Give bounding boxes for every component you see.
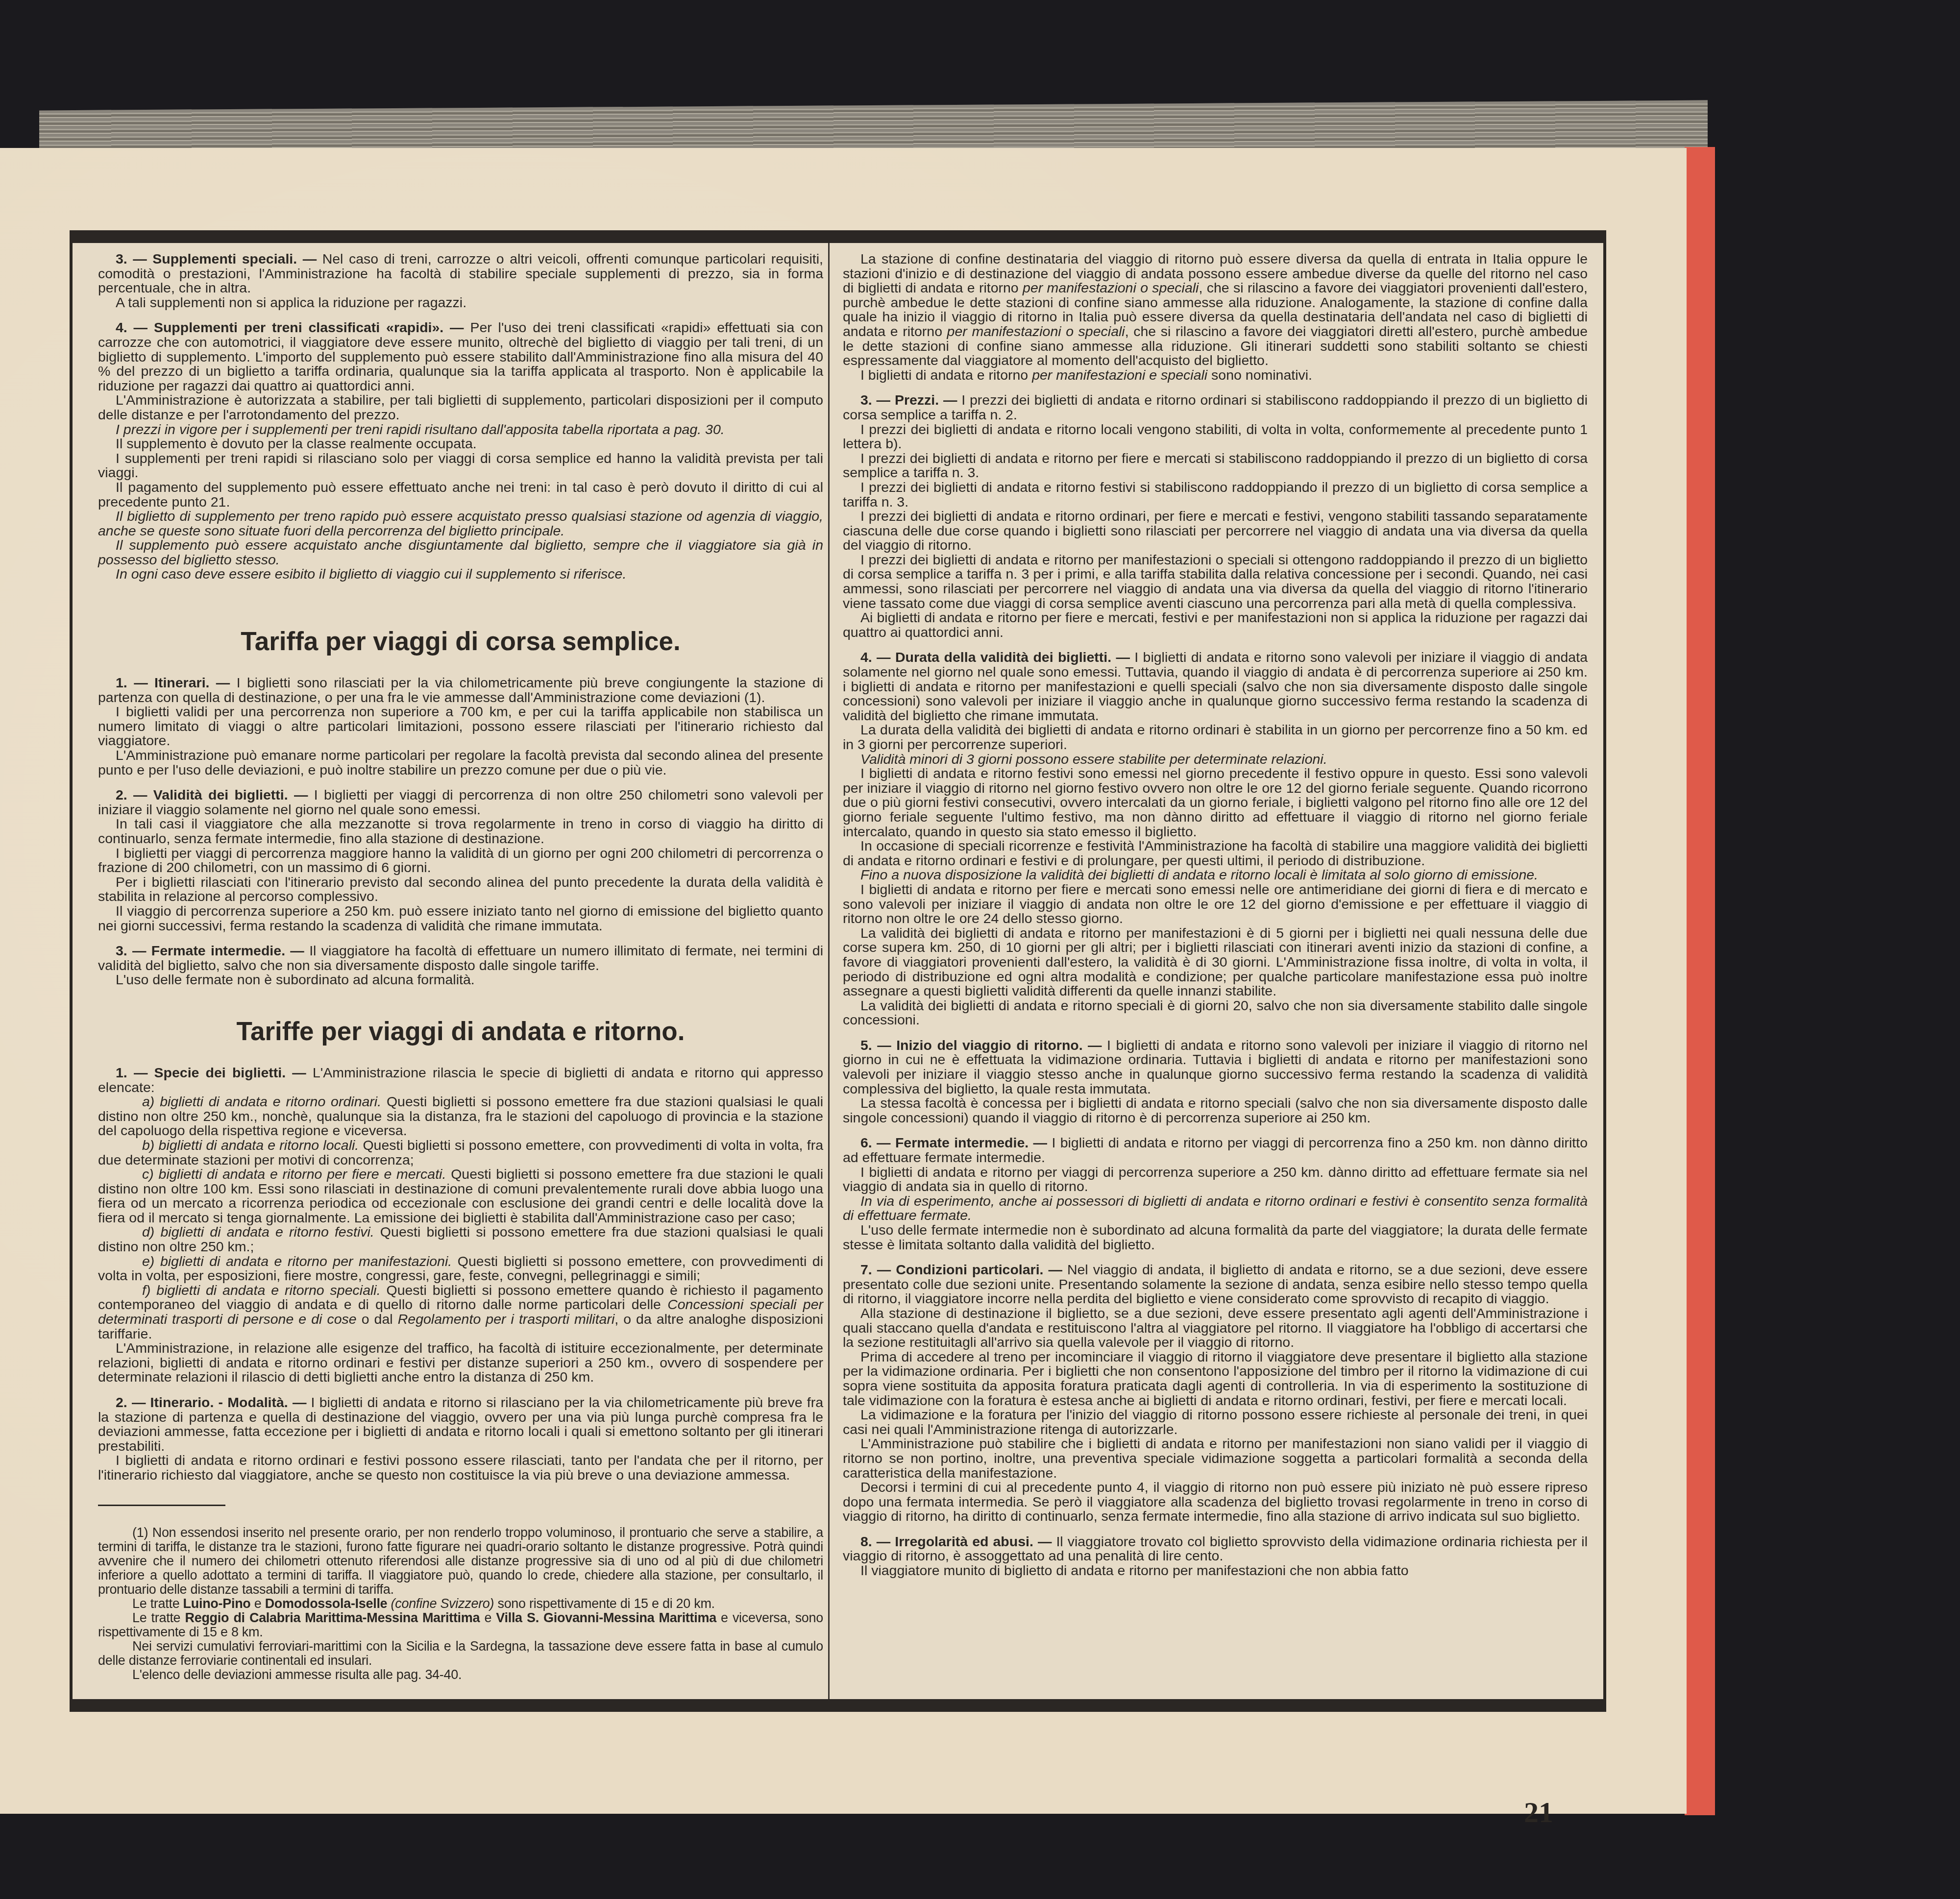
- paragraph: Il viaggio di percorrenza superiore a 25…: [98, 904, 823, 933]
- column-divider: [828, 243, 830, 1699]
- paragraph: I biglietti per viaggi di percorrenza ma…: [98, 847, 823, 876]
- section-heading: 1. — Itinerari. —: [116, 675, 230, 691]
- footnote-paragraph: (1) Non essendosi inserito nel presente …: [98, 1526, 823, 1597]
- right-column: La stazione di confine destinataria del …: [843, 252, 1588, 1579]
- route-name: Luino-Pino: [183, 1596, 251, 1611]
- paragraph: L'uso delle fermate non è subordinato ad…: [98, 973, 823, 988]
- paragraph: Il pagamento del supplemento può essere …: [98, 481, 823, 510]
- item-label: e) biglietti di andata e ritorno per man…: [142, 1254, 452, 1269]
- section-heading: 3. — Supplementi speciali. —: [116, 251, 317, 267]
- item-label: f) biglietti di andata e ritorno special…: [142, 1283, 381, 1298]
- section-specie-biglietti: 1. — Specie dei biglietti. — L'Amministr…: [98, 1066, 823, 1095]
- paragraph: I biglietti di andata e ritorno per fier…: [843, 883, 1588, 926]
- paragraph: I prezzi dei biglietti di andata e ritor…: [843, 452, 1588, 481]
- paragraph-italic: In ogni caso deve essere esibito il bigl…: [98, 567, 823, 582]
- list-item-a: a) biglietti di andata e ritorno ordinar…: [98, 1095, 823, 1139]
- paragraph-italic: Il supplemento può essere acquistato anc…: [98, 538, 823, 567]
- text: sono nominativi.: [1207, 367, 1312, 383]
- list-item-c: c) biglietti di andata e ritorno per fie…: [98, 1168, 823, 1225]
- text: sono rispettivamente di 15 e di 20 km.: [494, 1596, 715, 1611]
- section-heading: 3. — Fermate intermedie. —: [116, 943, 304, 959]
- paragraph: I biglietti validi per una percorrenza n…: [98, 705, 823, 749]
- footnote-paragraph: L'elenco delle deviazioni ammesse risult…: [98, 1668, 823, 1682]
- section-heading: 7. — Condizioni particolari. —: [860, 1262, 1062, 1278]
- item-label: a) biglietti di andata e ritorno ordinar…: [142, 1094, 381, 1110]
- text-italic: per manifestazioni o speciali: [947, 324, 1125, 340]
- paragraph: Il supplemento è dovuto per la classe re…: [98, 437, 823, 452]
- paragraph: L'Amministrazione è autorizzata a stabil…: [98, 393, 823, 422]
- paragraph-italic: I prezzi in vigore per i supplementi per…: [98, 423, 823, 438]
- item-text-italic: Regolamento per i trasporti militari: [398, 1312, 615, 1327]
- paragraph-italic: Fino a nuova disposizione la validità de…: [843, 868, 1588, 883]
- paragraph: I prezzi dei biglietti di andata e ritor…: [843, 481, 1588, 510]
- section-itinerario-modalita: 2. — Itinerario. - Modalità. — I bigliet…: [98, 1396, 823, 1454]
- frame-bottom-rule: [70, 1699, 1606, 1712]
- text: e: [480, 1610, 496, 1625]
- list-item-e: e) biglietti di andata e ritorno per man…: [98, 1255, 823, 1284]
- section-fermate-intermedie: 6. — Fermate intermedie. — I biglietti d…: [843, 1136, 1588, 1165]
- paragraph: La stazione di confine destinataria del …: [843, 252, 1588, 368]
- paragraph: La stessa facoltà è concessa per i bigli…: [843, 1096, 1588, 1125]
- list-item-d: d) biglietti di andata e ritorno festivi…: [98, 1225, 823, 1254]
- paragraph-italic: In via di esperimento, anche ai possesso…: [843, 1194, 1588, 1223]
- section-condizioni: 7. — Condizioni particolari. — Nel viagg…: [843, 1263, 1588, 1307]
- heading-andata-ritorno: Tariffe per viaggi di andata e ritorno.: [98, 1017, 823, 1047]
- text: e: [251, 1596, 265, 1611]
- text-italic: (confine Svizzero): [387, 1596, 494, 1611]
- section-heading: 4. — Supplementi per treni classificati …: [116, 320, 464, 336]
- section-heading: 4. — Durata della validità dei biglietti…: [860, 650, 1130, 665]
- section-supplementi-rapidi: 4. — Supplementi per treni classificati …: [98, 321, 823, 393]
- paragraph: I biglietti di andata e ritorno per mani…: [843, 368, 1588, 383]
- paragraph: L'Amministrazione può stabilire che i bi…: [843, 1437, 1588, 1481]
- footnote-paragraph: Nei servizi cumulativi ferroviari-maritt…: [98, 1639, 823, 1668]
- paragraph: I biglietti di andata e ritorno ordinari…: [98, 1454, 823, 1483]
- route-name: Villa S. Giovanni-Messina Marittima: [496, 1610, 716, 1625]
- paragraph: L'Amministrazione, in relazione alle esi…: [98, 1341, 823, 1385]
- paragraph-italic: Il biglietto di supplemento per treno ra…: [98, 510, 823, 538]
- section-heading: 3. — Prezzi. —: [860, 392, 957, 408]
- paragraph: L'Amministrazione può emanare norme part…: [98, 749, 823, 778]
- paragraph: In occasione di speciali ricorrenze e fe…: [843, 839, 1588, 868]
- paragraph: Ai biglietti di andata e ritorno per fie…: [843, 611, 1588, 640]
- section-itinerari: 1. — Itinerari. — I biglietti sono rilas…: [98, 676, 823, 705]
- section-heading: 2. — Validità dei biglietti. —: [116, 787, 308, 803]
- paragraph: I biglietti di andata e ritorno festivi …: [843, 767, 1588, 839]
- section-inizio-ritorno: 5. — Inizio del viaggio di ritorno. — I …: [843, 1039, 1588, 1096]
- text-italic: per manifestazioni e speciali: [1032, 367, 1207, 383]
- item-label: c) biglietti di andata e ritorno per fie…: [142, 1167, 446, 1182]
- footnote: (1) Non essendosi inserito nel presente …: [98, 1526, 823, 1682]
- text: Le tratte: [132, 1610, 185, 1625]
- paragraph: L'uso delle fermate intermedie non è sub…: [843, 1223, 1588, 1252]
- footnote-rule: [98, 1505, 225, 1506]
- paragraph: La validità dei biglietti di andata e ri…: [843, 999, 1588, 1028]
- paragraph: La validità dei biglietti di andata e ri…: [843, 926, 1588, 999]
- item-label: b) biglietti di andata e ritorno locali.: [142, 1138, 359, 1153]
- route-name: Domodossola-Iselle: [265, 1596, 388, 1611]
- item-label: d) biglietti di andata e ritorno festivi…: [142, 1224, 374, 1240]
- paragraph: Prima di accedere al treno per incominci…: [843, 1350, 1588, 1408]
- paragraph: I biglietti di andata e ritorno per viag…: [843, 1166, 1588, 1194]
- footnote-paragraph: Le tratte Luino-Pino e Domodossola-Isell…: [98, 1597, 823, 1611]
- paragraph-italic: Validità minori di 3 giorni possono esse…: [843, 753, 1588, 767]
- paragraph: Il viaggiatore munito di biglietto di an…: [843, 1564, 1588, 1579]
- paragraph: I prezzi dei biglietti di andata e ritor…: [843, 423, 1588, 452]
- page-number: 21: [1524, 1796, 1553, 1829]
- item-text: o dal: [357, 1312, 398, 1327]
- section-heading: 2. — Itinerario. - Modalità. —: [116, 1395, 306, 1411]
- section-heading: 8. — Irregolarità ed abusi. —: [860, 1534, 1052, 1550]
- section-heading: 1. — Specie dei biglietti. —: [116, 1065, 306, 1081]
- paragraph: I supplementi per treni rapidi si rilasc…: [98, 452, 823, 481]
- paragraph: Alla stazione di destinazione il bigliet…: [843, 1307, 1588, 1350]
- text: I biglietti di andata e ritorno: [860, 367, 1032, 383]
- list-item-b: b) biglietti di andata e ritorno locali.…: [98, 1139, 823, 1168]
- paragraph: Per i biglietti rilasciati con l'itinera…: [98, 876, 823, 904]
- section-irregolarita: 8. — Irregolarità ed abusi. — Il viaggia…: [843, 1535, 1588, 1564]
- paragraph: In tali casi il viaggiatore che alla mez…: [98, 817, 823, 846]
- paragraph: I prezzi dei biglietti di andata e ritor…: [843, 553, 1588, 611]
- paragraph: Decorsi i termini di cui al precedente p…: [843, 1481, 1588, 1524]
- section-fermate: 3. — Fermate intermedie. — Il viaggiator…: [98, 944, 823, 973]
- left-column: 3. — Supplementi speciali. — Nel caso di…: [98, 252, 823, 1682]
- paragraph: La vidimazione e la foratura per l'inizi…: [843, 1408, 1588, 1437]
- red-page-edge: [1685, 147, 1715, 1815]
- text: Le tratte: [132, 1596, 183, 1611]
- text-italic: per manifestazioni o speciali: [1023, 280, 1199, 296]
- route-name: Reggio di Calabria Marittima-Messina Mar…: [185, 1610, 480, 1625]
- section-supplementi-speciali: 3. — Supplementi speciali. — Nel caso di…: [98, 252, 823, 296]
- section-heading: 5. — Inizio del viaggio di ritorno. —: [860, 1038, 1102, 1053]
- section-validita: 2. — Validità dei biglietti. — I bigliet…: [98, 788, 823, 817]
- heading-corsa-semplice: Tariffa per viaggi di corsa semplice.: [98, 627, 823, 657]
- paragraph: I prezzi dei biglietti di andata e ritor…: [843, 510, 1588, 553]
- footnote-paragraph: Le tratte Reggio di Calabria Marittima-M…: [98, 1611, 823, 1639]
- paragraph: La durata della validità dei biglietti d…: [843, 723, 1588, 752]
- list-item-f: f) biglietti di andata e ritorno special…: [98, 1284, 823, 1341]
- paragraph: A tali supplementi non si applica la rid…: [98, 296, 823, 311]
- frame-top-rule: [70, 230, 1606, 243]
- section-prezzi: 3. — Prezzi. — I prezzi dei biglietti di…: [843, 393, 1588, 422]
- section-durata-validita: 4. — Durata della validità dei biglietti…: [843, 651, 1588, 723]
- section-heading: 6. — Fermate intermedie. —: [860, 1135, 1047, 1151]
